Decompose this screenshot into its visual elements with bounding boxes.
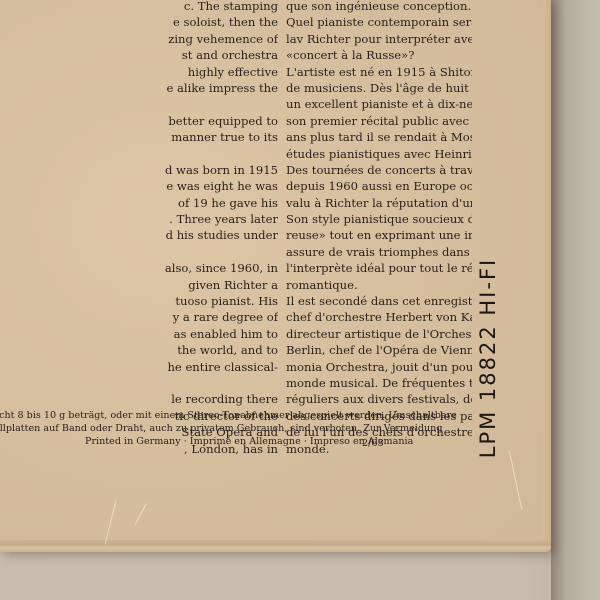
text-line <box>0 375 278 391</box>
text-line: e was eight he was <box>0 178 278 194</box>
text-line: of 19 he gave his <box>0 195 278 211</box>
text-line: son premier récital public avec des œuvr… <box>286 113 472 129</box>
text-line <box>0 146 278 162</box>
text-line: Des tournées de concerts à travers l'Uni… <box>286 162 472 178</box>
footer-line-2: allplatten auf Band oder Draht, auch zu … <box>0 423 442 436</box>
text-line: e soloist, then the <box>0 14 278 30</box>
text-line: y a rare degree of <box>0 309 278 325</box>
text-line: monde musical. De fréquentes tournées et… <box>286 375 472 391</box>
jacket-right-edge <box>543 0 551 548</box>
text-line: monia Orchestra, jouit d'un pouvoir sans… <box>286 359 472 375</box>
text-line: l'interprète idéal pour tout le répertoi… <box>286 260 472 276</box>
print-code: 2/63 <box>362 438 384 451</box>
text-line: he entire classical- <box>0 359 278 375</box>
text-line: better equipped to <box>0 113 278 129</box>
text-line: e alike impress the <box>0 80 278 96</box>
text-line <box>0 244 278 260</box>
text-line: Son style pianistique soucieux d'une «ob… <box>286 211 472 227</box>
text-line: chef d'orchestre Herbert von Karajan qui… <box>286 309 472 325</box>
text-line: réguliers aux divers festivals, des mise… <box>286 391 472 407</box>
paper-crease <box>134 503 147 526</box>
catalog-number: LPM 18822 HI-FI <box>476 253 500 463</box>
text-line: ans plus tard il se rendait à Moscou pou… <box>286 129 472 145</box>
text-line: reuse» tout en exprimant une irrépressib… <box>286 227 472 243</box>
text-line: as enabled him to <box>0 326 278 342</box>
text-line: lav Richter pour interpréter avec une ab… <box>286 31 472 47</box>
text-line: un excellent pianiste et à dix-neuf ans … <box>286 96 472 112</box>
text-line: manner true to its <box>0 129 278 145</box>
footer-line-1: icht 8 bis 10 g beträgt, oder mit einem … <box>0 410 457 423</box>
text-line: c. The stamping <box>0 0 278 14</box>
text-line: highly effective <box>0 64 278 80</box>
text-line: given Richter a <box>0 277 278 293</box>
text-line: st and orchestra <box>0 47 278 63</box>
text-line: d his studies under <box>0 227 278 243</box>
paper-crease <box>509 451 522 510</box>
text-line: Il est secondé dans cet enregistrement r… <box>286 293 472 309</box>
text-line: valu à Richter la réputation d'un virtuo… <box>286 195 472 211</box>
text-line: also, since 1960, in <box>0 260 278 276</box>
text-line: L'artiste est né en 1915 à Shitomir en U… <box>286 64 472 80</box>
text-line: tuoso pianist. His <box>0 293 278 309</box>
jacket-bottom-edge <box>0 540 551 552</box>
cast-shadow <box>551 0 600 600</box>
text-line: the world, and to <box>0 342 278 358</box>
text-line <box>0 96 278 112</box>
text-line: directeur artistique de l'Orchestre Phil… <box>286 326 472 342</box>
record-jacket-back: c. The stampinge soloist, then thezing v… <box>0 0 551 552</box>
text-line: d was born in 1915 <box>0 162 278 178</box>
text-line: «concert à la Russe»? <box>286 47 472 63</box>
text-line: Berlin, chef de l'Opéra de Vienne et du … <box>286 342 472 358</box>
paper-crease <box>105 501 117 545</box>
text-line: de musiciens. Dès l'âge de huit ans, le … <box>286 80 472 96</box>
text-line: études pianistiques avec Heinrich Neuhau… <box>286 146 472 162</box>
text-line: zing vehemence of <box>0 31 278 47</box>
french-liner-notes: que son ingénieuse conception.Quel piani… <box>286 0 472 457</box>
text-line: que son ingénieuse conception. <box>286 0 472 14</box>
text-line: depuis 1960 aussi en Europe occidentale … <box>286 178 472 194</box>
text-line: Quel pianiste contemporain serait plus q… <box>286 14 472 30</box>
text-line: . Three years later <box>0 211 278 227</box>
text-line: le recording there <box>0 391 278 407</box>
text-line: romantique. <box>286 277 472 293</box>
english-liner-notes: c. The stampinge soloist, then thezing v… <box>0 0 278 457</box>
text-line: assure de vrais triomphes dans le monde … <box>286 244 472 260</box>
